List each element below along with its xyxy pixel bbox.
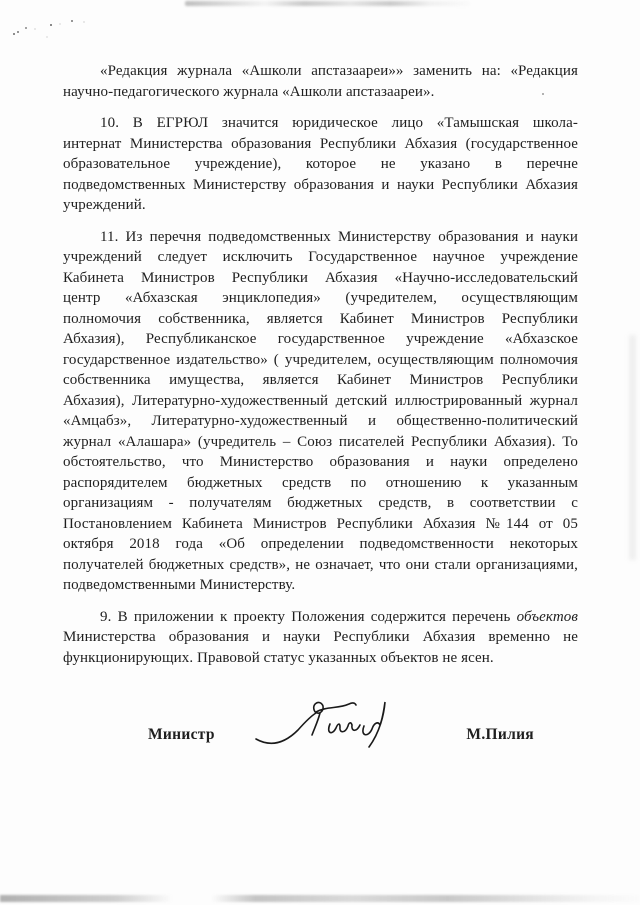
scan-speckles [17, 31, 19, 33]
paragraph-10: 10. В ЕГРЮЛ значится юридическое лицо «Т… [63, 113, 578, 216]
minister-title-label: Министр [148, 726, 215, 744]
scan-artifact-bottom [0, 895, 640, 902]
text-line: журнал «Алашара» (учредитель – Союз писа… [63, 432, 578, 453]
text-line: 11. Из перечня подведомственных Министер… [63, 227, 578, 248]
text-line: интернат Министерства образования Респуб… [63, 134, 578, 155]
text-line: октября 2018 года «Об определении подвед… [63, 534, 578, 555]
paragraph-redaktsiya: «Редакция журнала «Ашколи апстазаареи»» … [63, 61, 578, 102]
text-line: 9. В приложении к проекту Положения соде… [63, 607, 578, 628]
text-line: подведомственных Министерству образовани… [63, 175, 578, 196]
text-line: Кабинета Министров Республики Абхазия «Н… [63, 268, 578, 289]
text-line: образовательное учреждение), которое не … [63, 154, 578, 175]
text-line: «Редакция журнала «Ашколи апстазаареи»» … [63, 61, 578, 82]
text-line: Министерства образования и науки Республ… [63, 627, 578, 648]
text-line: обстоятельство, что Министерство образов… [63, 452, 578, 473]
document-page: «Редакция журнала «Ашколи апстазаареи»» … [0, 0, 640, 905]
text-line: полномочия собственника, является Кабине… [63, 309, 578, 330]
text-line: учреждений. [63, 195, 578, 216]
text-line: Абхазия), Республиканское государственно… [63, 329, 578, 350]
document-body: «Редакция журнала «Ашколи апстазаареи»» … [63, 61, 578, 679]
scan-artifact-top [185, 1, 470, 6]
text-line: учреждений следует исключить Государстве… [63, 247, 578, 268]
text-line: Постановлением Кабинета Министров Респуб… [63, 514, 578, 535]
handwritten-signature [252, 692, 392, 754]
text-line: организациям - получателям бюджетных сре… [63, 493, 578, 514]
text-line: подведомственными Министерству. [63, 575, 578, 596]
text-line: государственное издательство» ( учредите… [63, 350, 578, 371]
signatory-name: М.Пилия [466, 726, 534, 744]
paragraph-11: 11. Из перечня подведомственных Министер… [63, 227, 578, 596]
paragraph-9: 9. В приложении к проекту Положения соде… [63, 607, 578, 669]
text-line: распорядителем бюджетных средств по отно… [63, 473, 578, 494]
text-line: научно-педагогического журнала «Ашколи а… [63, 82, 578, 103]
text-line: «Амцабз», Литературно-художественный и о… [63, 411, 578, 432]
scan-artifact-right [629, 335, 636, 560]
text-line: Абхазия), Литературно-художественный дет… [63, 391, 578, 412]
text-line: 10. В ЕГРЮЛ значится юридическое лицо «Т… [63, 113, 578, 134]
text-line: функционирующих. Правовой статус указанн… [63, 648, 578, 669]
text-segment-italic: объектов [517, 609, 578, 625]
text-line: собственника имущества, является Кабинет… [63, 370, 578, 391]
text-line: получателей бюджетных средств», не означ… [63, 555, 578, 576]
text-segment: 9. В приложении к проекту Положения соде… [100, 609, 517, 625]
text-line: центр «Абхазская энциклопедия» (учредите… [63, 288, 578, 309]
